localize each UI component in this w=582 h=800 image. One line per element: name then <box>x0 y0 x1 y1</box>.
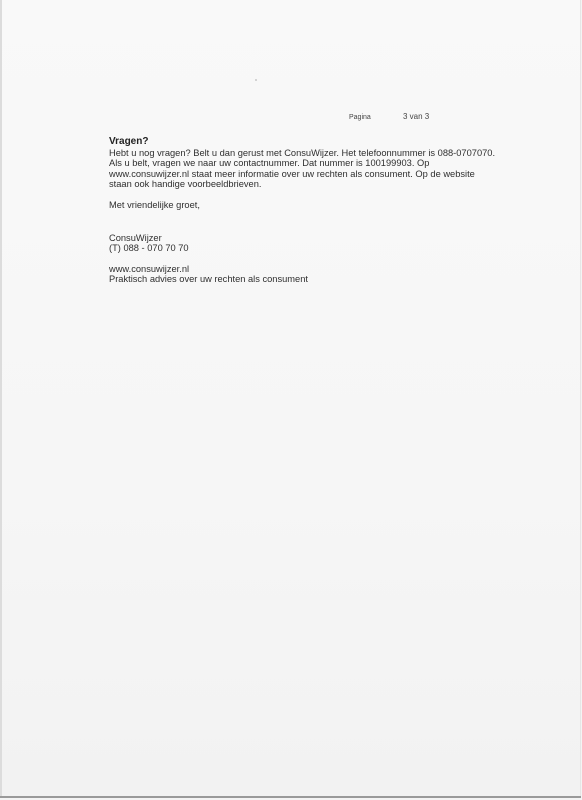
page-number-value: 3 van 3 <box>403 112 429 121</box>
document-page: Pagina 3 van 3 Vragen? Hebt u nog vragen… <box>0 0 581 796</box>
paragraph-line: www.consuwijzer.nl staat meer informatie… <box>109 169 549 180</box>
page-number: Pagina 3 van 3 <box>349 112 429 121</box>
footer-block: www.consuwijzer.nl Praktisch advies over… <box>109 264 549 285</box>
paragraph-line: Hebt u nog vragen? Belt u dan gerust met… <box>109 148 549 159</box>
website-link[interactable]: www.consuwijzer.nl <box>109 264 549 275</box>
closing-greeting: Met vriendelijke groet, <box>109 200 549 211</box>
page-number-label: Pagina <box>349 114 401 121</box>
signature-name: ConsuWijzer <box>109 233 549 244</box>
letter-body: Vragen? Hebt u nog vragen? Belt u dan ge… <box>109 137 549 285</box>
questions-paragraph: Hebt u nog vragen? Belt u dan gerust met… <box>109 148 549 190</box>
paragraph-line: Als u belt, vragen we naar uw contactnum… <box>109 158 549 169</box>
section-heading: Vragen? <box>109 137 549 148</box>
signature-block: ConsuWijzer (T) 088 - 070 70 70 <box>109 233 549 254</box>
scan-speck <box>255 79 257 81</box>
signature-phone: (T) 088 - 070 70 70 <box>109 243 549 254</box>
tagline: Praktisch advies over uw rechten als con… <box>109 274 549 285</box>
page-edge <box>0 0 2 796</box>
paragraph-line: staan ook handige voorbeeldbrieven. <box>109 179 549 190</box>
